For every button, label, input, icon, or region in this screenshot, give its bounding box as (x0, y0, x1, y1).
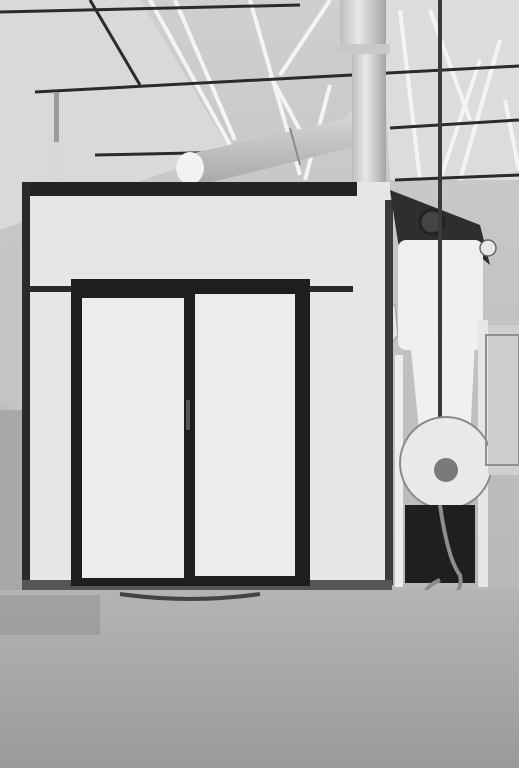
double-door (71, 279, 310, 586)
door-handle (186, 400, 190, 430)
concrete-floor (0, 590, 519, 768)
double-door-right (195, 294, 295, 576)
photo-scene (0, 0, 519, 768)
photo-canvas (0, 0, 519, 768)
double-door-left (82, 298, 184, 578)
left-wall (0, 410, 22, 590)
right-wall (486, 325, 519, 475)
